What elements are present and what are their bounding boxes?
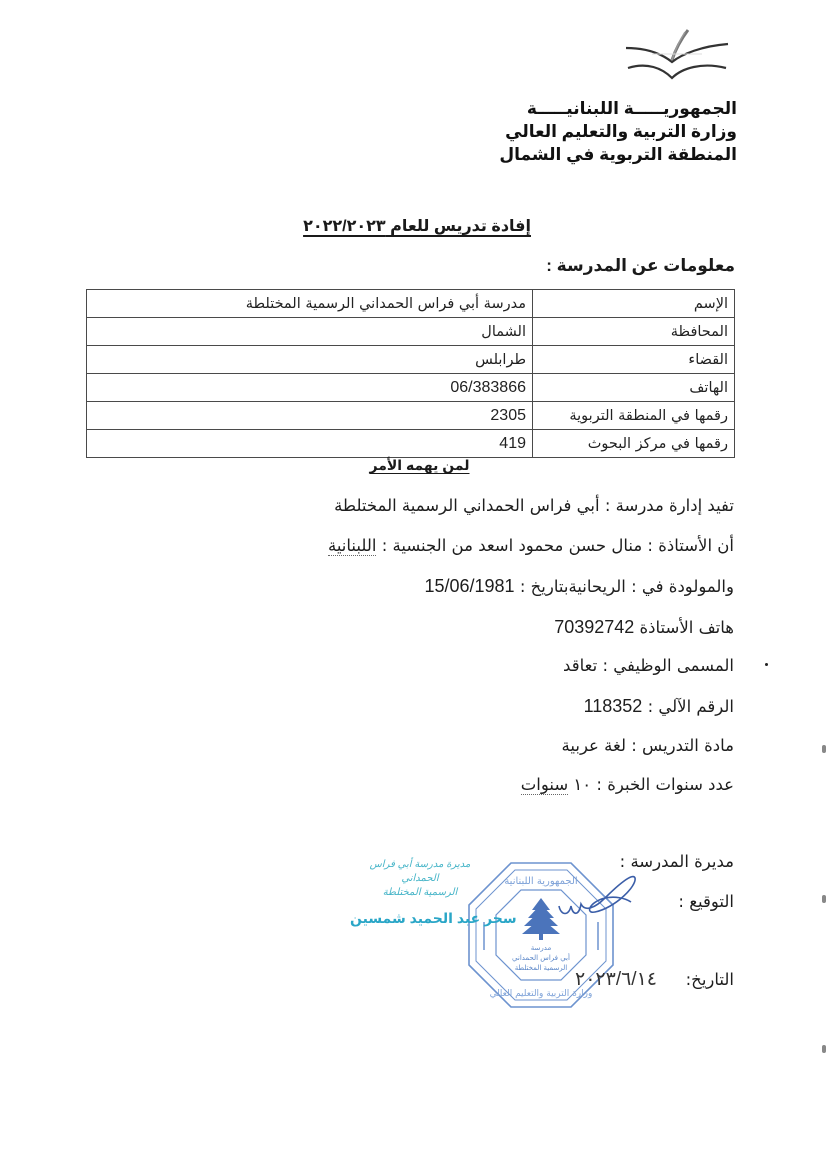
birth-date: 15/06/1981 xyxy=(424,576,514,596)
row-key: المحافظة xyxy=(533,318,735,346)
auto-number-line: الرقم الآلي : 118352 xyxy=(584,696,734,717)
table-row: الهاتف 06/383866 xyxy=(87,374,735,402)
to-whom-text: لمن يهمه الأمر xyxy=(370,457,470,473)
seal-text: أبي فراس الحمداني xyxy=(512,953,570,962)
seal-text: مدرسة xyxy=(531,944,552,952)
phone-line: هاتف الأستاذة 70392742 xyxy=(554,617,734,638)
experience-unit: سنوات xyxy=(521,775,568,795)
seal-text: الرسمية المختلطة xyxy=(515,964,568,972)
table-row: القضاء طرابلس xyxy=(87,346,735,374)
scan-edge-mark xyxy=(822,895,826,903)
job-title-line: المسمى الوظيفي : تعاقد xyxy=(563,656,734,675)
signature-icon xyxy=(555,868,640,928)
label: مادة التدريس : xyxy=(631,736,734,755)
table-row: الإسم مدرسة أبي فراس الحمداني الرسمية ال… xyxy=(87,290,735,318)
subject-line: مادة التدريس : لغة عربية xyxy=(562,736,734,755)
experience-years: ١٠ xyxy=(573,775,591,794)
row-value: طرابلس xyxy=(87,346,533,374)
label: بتاريخ : xyxy=(520,577,569,596)
row-value: 06/383866 xyxy=(87,374,533,402)
label: أن الأستاذة : xyxy=(647,536,734,555)
row-key: رقمها في المنطقة التربوية xyxy=(533,402,735,430)
school-info-heading: معلومات عن المدرسة : xyxy=(546,256,735,276)
school-name: أبي فراس الحمداني الرسمية المختلطة xyxy=(334,496,600,515)
ministry-logo-icon xyxy=(622,28,732,90)
teacher-phone: 70392742 xyxy=(554,617,634,637)
label: عدد سنوات الخبرة : xyxy=(596,775,734,794)
experience-line: عدد سنوات الخبرة : ١٠ سنوات xyxy=(521,775,734,794)
school-admin-line: تفيد إدارة مدرسة : أبي فراس الحمداني الر… xyxy=(334,496,734,515)
row-value: 419 xyxy=(87,430,533,458)
table-row: رقمها في المنطقة التربوية 2305 xyxy=(87,402,735,430)
principal-stamp-name: سحر عبد الحميد شمسين xyxy=(350,910,517,927)
principal-stamp-title: مديرة مدرسة أبي فراس الحمداني الرسمية ال… xyxy=(350,858,490,900)
teacher-name: منال حسن محمود اسعد xyxy=(478,536,642,555)
label: هاتف الأستاذة xyxy=(640,618,734,637)
stamp-line: الرسمية المختلطة xyxy=(350,886,490,900)
birth-line: والمولودة في : الريحانيةبتاريخ : 15/06/1… xyxy=(424,576,734,597)
scan-edge-mark xyxy=(822,1045,826,1053)
auto-number: 118352 xyxy=(584,696,643,716)
signature-label: التوقيع : xyxy=(678,892,734,911)
label: المسمى الوظيفي : xyxy=(602,656,734,675)
subject: لغة عربية xyxy=(562,736,626,755)
row-value: 2305 xyxy=(87,402,533,430)
bullet-dot xyxy=(765,663,768,666)
row-key: القضاء xyxy=(533,346,735,374)
table-row: المحافظة الشمال xyxy=(87,318,735,346)
row-value: مدرسة أبي فراس الحمداني الرسمية المختلطة xyxy=(87,290,533,318)
birth-place: الريحانية xyxy=(568,577,625,596)
document-title: إفادة تدريس للعام ٢٠٢٢/٢٠٢٣ xyxy=(303,216,531,236)
header-ministry: وزارة التربية والتعليم العالي xyxy=(505,121,737,142)
table-row: رقمها في مركز البحوث 419 xyxy=(87,430,735,458)
header-region: المنطقة التربوية في الشمال xyxy=(499,144,737,165)
label: الرقم الآلي : xyxy=(648,697,734,716)
job-title: تعاقد xyxy=(563,656,597,675)
nationality: اللبنانية xyxy=(328,536,376,556)
row-value: الشمال xyxy=(87,318,533,346)
row-key: الإسم xyxy=(533,290,735,318)
stamp-line: مديرة مدرسة أبي فراس الحمداني xyxy=(350,858,490,886)
row-key: رقمها في مركز البحوث xyxy=(533,430,735,458)
label: والمولودة في : xyxy=(631,577,734,596)
scan-edge-mark xyxy=(822,745,826,753)
to-whom-heading: لمن يهمه الأمر xyxy=(0,457,827,474)
issue-date: ٢٠٢٣/٦/١٤ xyxy=(575,968,657,991)
header-republic: الجمهوريـــــة اللبنانيـــــة xyxy=(527,98,737,119)
teacher-line: أن الأستاذة : منال حسن محمود اسعد من الج… xyxy=(328,536,734,555)
date-label: التاريخ: xyxy=(686,970,734,989)
label: تفيد إدارة مدرسة : xyxy=(605,496,734,515)
row-key: الهاتف xyxy=(533,374,735,402)
label: من الجنسية : xyxy=(382,536,473,555)
school-info-table: الإسم مدرسة أبي فراس الحمداني الرسمية ال… xyxy=(86,289,735,458)
